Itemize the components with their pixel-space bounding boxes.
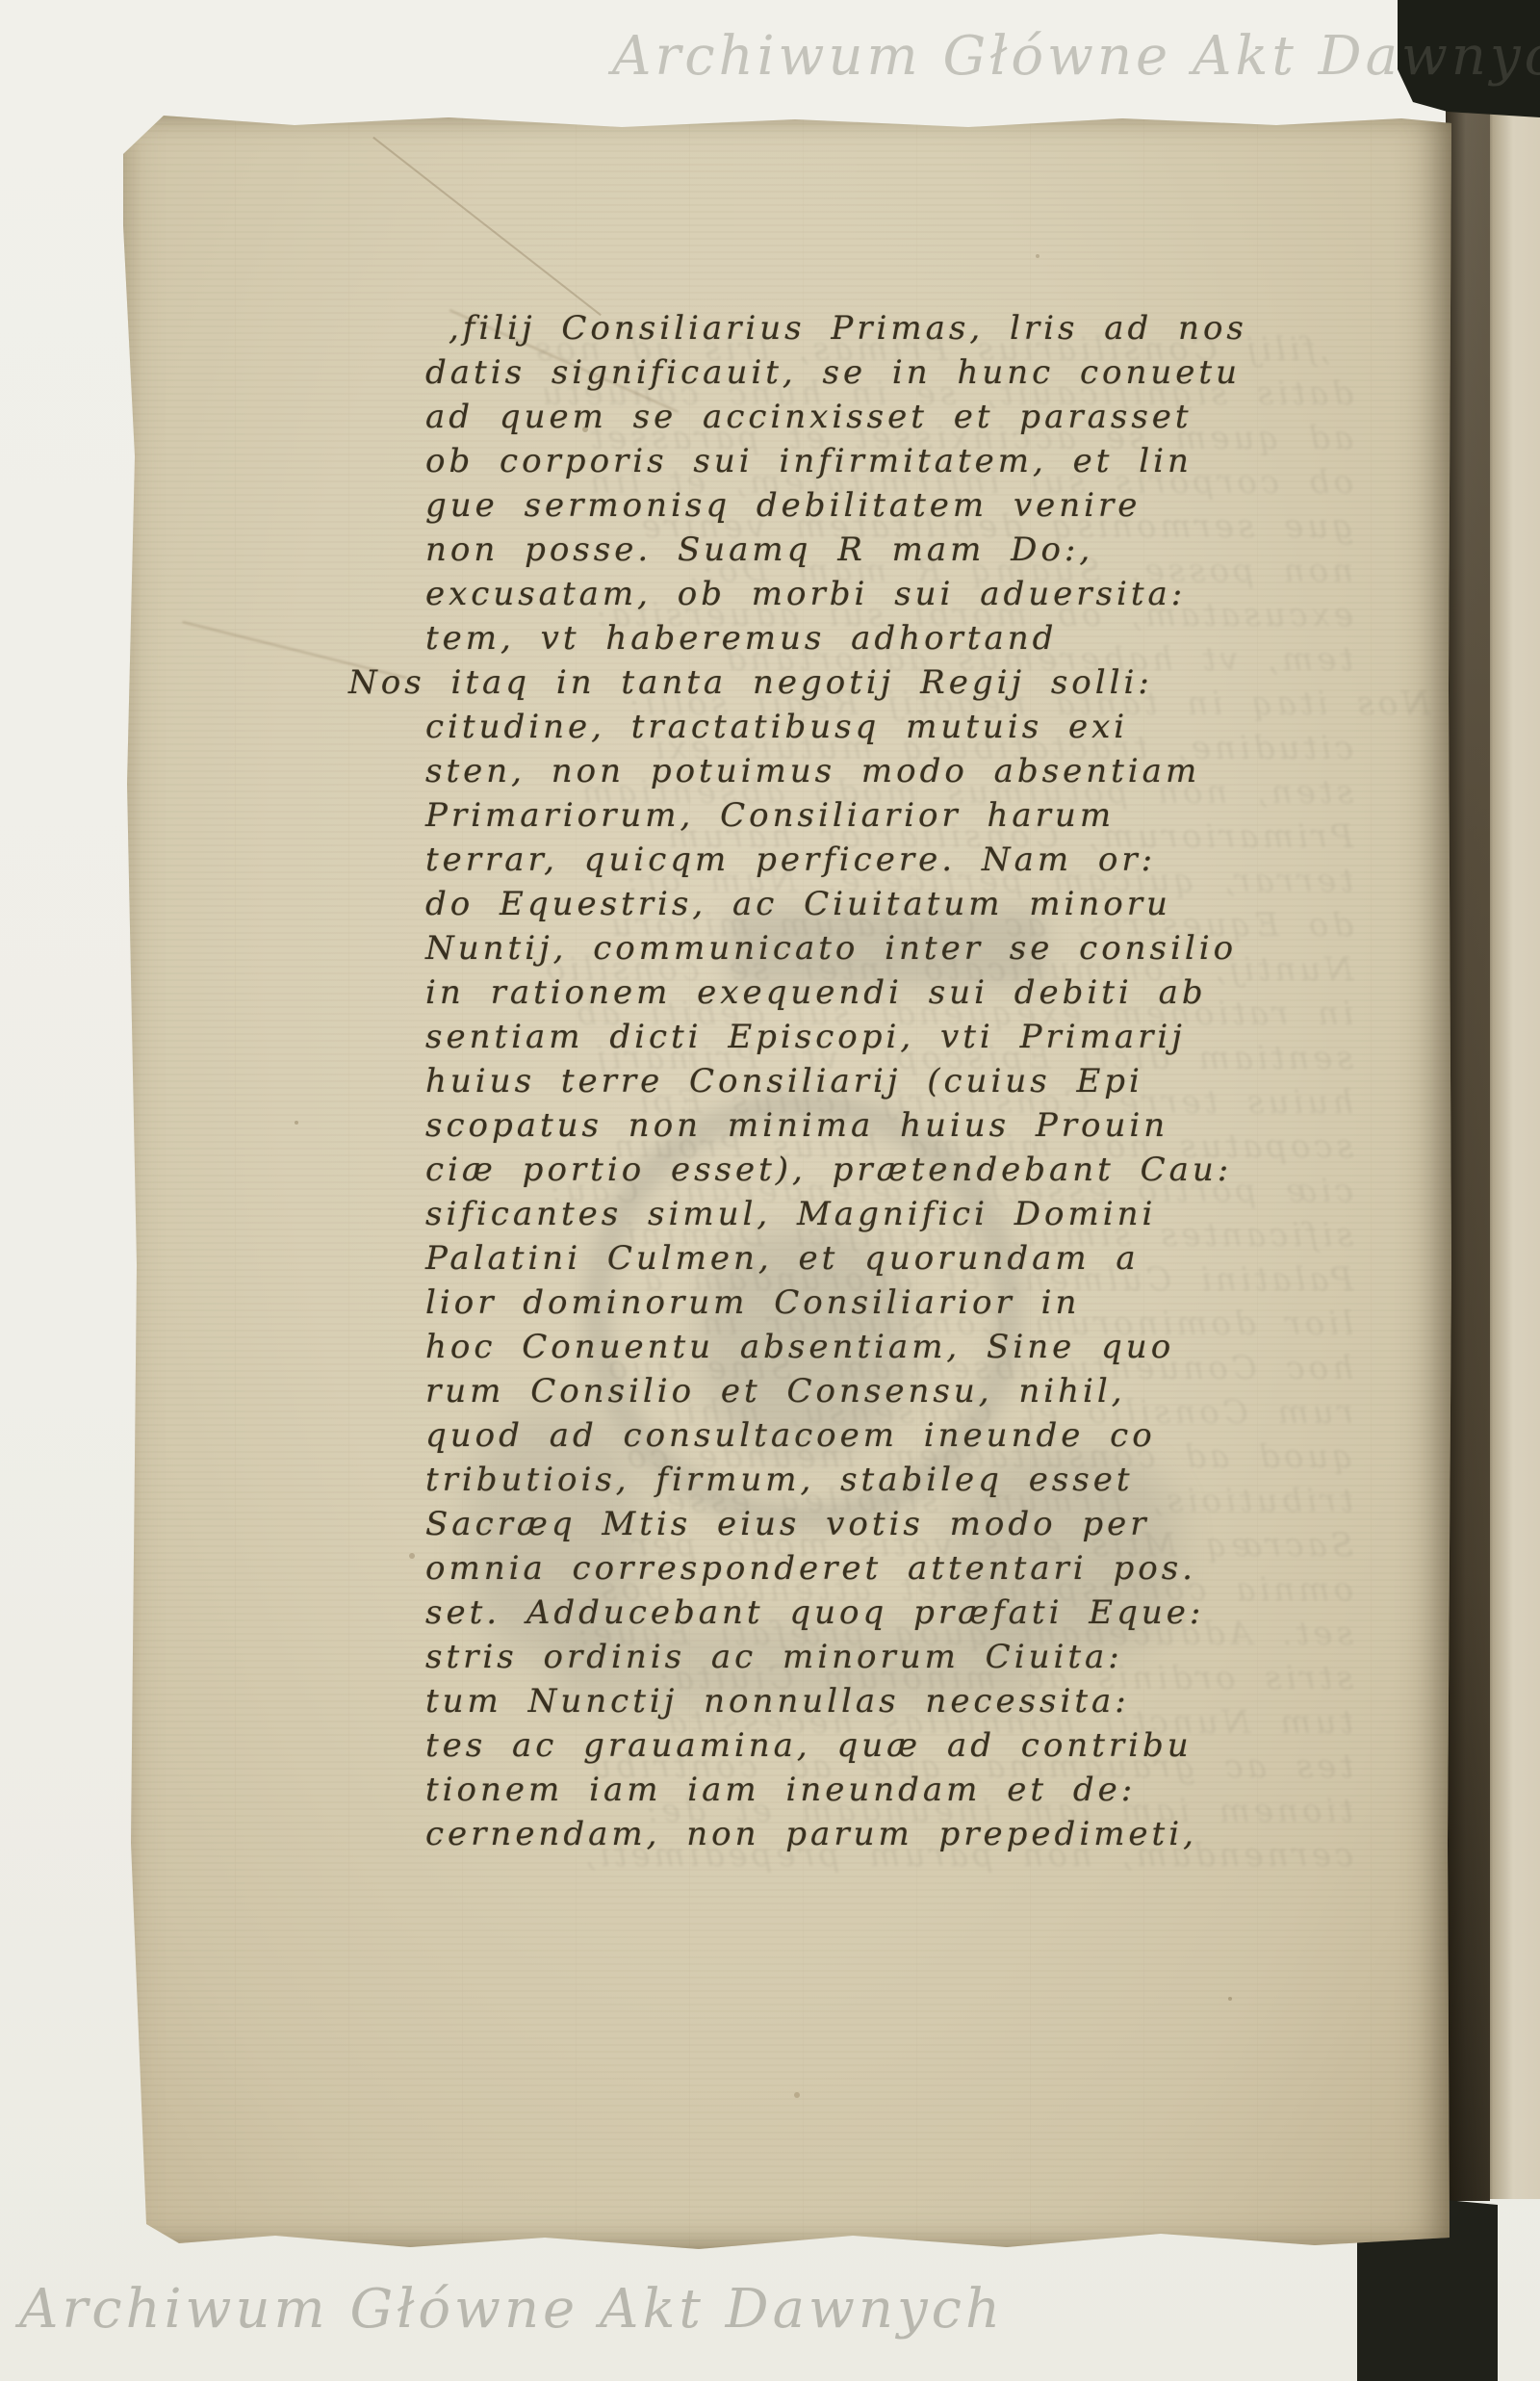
manuscript-line: set. Adducebant quoq præfati Eque: bbox=[348, 1591, 1426, 1635]
manuscript-page: ,filij Consiliarius Primas, lris ad nosd… bbox=[121, 110, 1451, 2251]
manuscript-line: do Equestris, ac Ciuitatum minoru bbox=[348, 882, 1426, 926]
manuscript-line: Primariorum, Consiliarior harum bbox=[348, 793, 1426, 838]
manuscript-line: datis significauit, se in hunc conuetu bbox=[348, 350, 1426, 395]
manuscript-line: scopatus non minima huius Prouin bbox=[348, 1103, 1426, 1148]
binding-gutter-shadow bbox=[1446, 110, 1490, 2201]
manuscript-line: huius terre Consiliarij (cuius Epi bbox=[348, 1059, 1426, 1103]
manuscript-line: in rationem exequendi sui debiti ab bbox=[348, 971, 1426, 1015]
manuscript-line: sificantes simul, Magnifici Domini bbox=[348, 1192, 1426, 1236]
manuscript-line: cernendam, non parum prepedimeti, bbox=[348, 1812, 1426, 1856]
facing-page-edge bbox=[1484, 106, 1540, 2199]
manuscript-line: hoc Conuentu absentiam, Sine quo bbox=[348, 1325, 1426, 1369]
manuscript-line: tum Nunctij nonnullas necessita: bbox=[348, 1679, 1426, 1723]
manuscript-line: tributiois, firmum, stabileq esset bbox=[348, 1458, 1426, 1502]
manuscript-line: sten, non potuimus modo absentiam bbox=[348, 749, 1426, 793]
manuscript-line: tem, vt haberemus adhortand bbox=[348, 616, 1426, 660]
manuscript-line: non posse. Suamq R mam Do:, bbox=[348, 528, 1426, 572]
manuscript-line: rum Consilio et Consensu, nihil, bbox=[348, 1369, 1426, 1413]
manuscript-line: Palatini Culmen, et quorundam a bbox=[348, 1236, 1426, 1281]
manuscript-line: tes ac grauamina, quæ ad contribu bbox=[348, 1723, 1426, 1768]
scan-viewport: Archiwum Główne Akt Dawnych ,filij Consi… bbox=[0, 0, 1540, 2381]
archive-watermark-bottom: Archiwum Główne Akt Dawnych bbox=[19, 2278, 1004, 2341]
manuscript-line: tionem iam iam ineundam et de: bbox=[348, 1768, 1426, 1812]
paper-specks bbox=[121, 110, 125, 114]
manuscript-line: citudine, tractatibusq mutuis exi bbox=[348, 705, 1426, 749]
manuscript-line: ob corporis sui infirmitatem, et lin bbox=[348, 439, 1426, 483]
manuscript-line: terrar, quicqm perficere. Nam or: bbox=[348, 838, 1426, 882]
manuscript-line: Nos itaq in tanta negotij Regij solli: bbox=[348, 660, 1426, 705]
manuscript-line: stris ordinis ac minorum Ciuita: bbox=[348, 1635, 1426, 1679]
manuscript-line: ,filij Consiliarius Primas, lris ad nos bbox=[348, 306, 1426, 350]
manuscript-text-block: ,filij Consiliarius Primas, lris ad nosd… bbox=[348, 306, 1426, 1856]
manuscript-line: gue sermonisq debilitatem venire bbox=[348, 483, 1426, 528]
manuscript-line: Nuntij, communicato inter se consilio bbox=[348, 926, 1426, 971]
manuscript-line: ciæ portio esset), prætendebant Cau: bbox=[348, 1148, 1426, 1192]
paper-crease bbox=[372, 137, 602, 316]
manuscript-line: omnia corresponderet attentari pos. bbox=[348, 1546, 1426, 1591]
manuscript-line: sentiam dicti Episcopi, vti Primarij bbox=[348, 1015, 1426, 1059]
manuscript-line: quod ad consultacoem ineunde co bbox=[348, 1413, 1426, 1458]
manuscript-line: ad quem se accinxisset et parasset bbox=[348, 395, 1426, 439]
manuscript-line: excusatam, ob morbi sui aduersita: bbox=[348, 572, 1426, 616]
manuscript-line: Sacræq Mtis eius votis modo per bbox=[348, 1502, 1426, 1546]
manuscript-line: lior dominorum Consiliarior in bbox=[348, 1281, 1426, 1325]
book-cover-top-right bbox=[1398, 0, 1540, 117]
